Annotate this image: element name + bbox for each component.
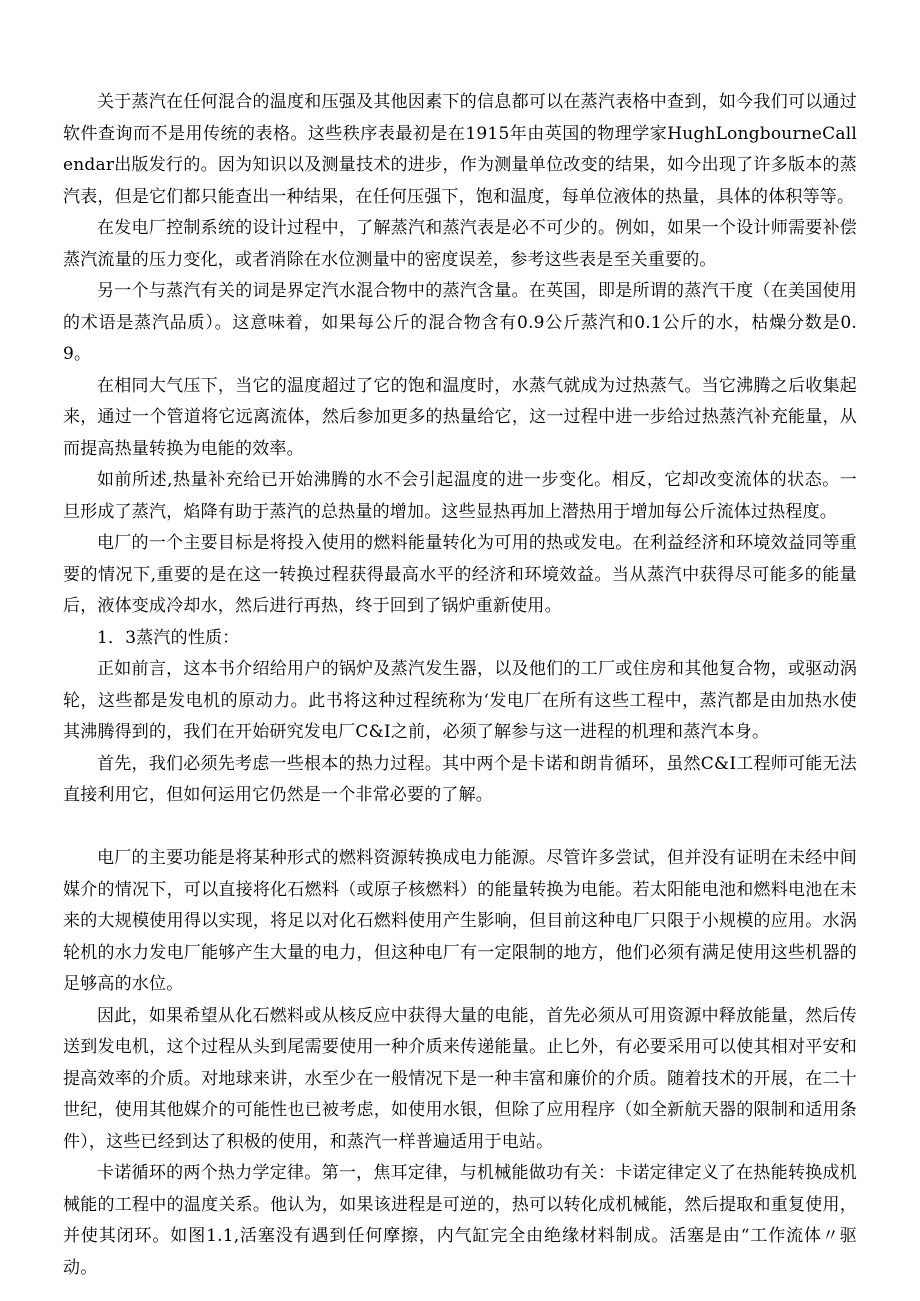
paragraph: 关于蒸汽在任何混合的温度和压强及其他因素下的信息都可以在蒸汽表格中查到，如今我们… (63, 87, 857, 213)
paragraph: 在发电厂控制系统的设计过程中，了解蒸汽和蒸汽表是必不可少的。例如，如果一个设计师… (63, 213, 857, 276)
document-page: 关于蒸汽在任何混合的温度和压强及其他因素下的信息都可以在蒸汽表格中查到，如今我们… (0, 0, 920, 1301)
paragraph: 如前所述,热量补充给已开始沸腾的水不会引起温度的进一步变化。相反，它却改变流体的… (63, 465, 857, 528)
paragraph: 电厂的主要功能是将某种形式的燃料资源转换成电力能源。尽管许多尝试，但并没有证明在… (63, 843, 857, 1001)
paragraph: 另一个与蒸汽有关的词是界定汽水混合物中的蒸汽含量。在英国，即是所谓的蒸汽干度（在… (63, 276, 857, 371)
paragraph: 电厂的一个主要目标是将投入使用的燃料能量转化为可用的热或发电。在利益经济和环境效… (63, 528, 857, 623)
paragraph: 首先，我们必须先考虑一些根本的热力过程。其中两个是卡诺和朗肯循环，虽然C&I工程… (63, 749, 857, 812)
paragraph: 在相同大气压下，当它的温度超过了它的饱和温度时，水蒸气就成为过热蒸气。当它沸腾之… (63, 371, 857, 466)
blank-line (63, 812, 857, 844)
paragraph: 卡诺循环的两个热力学定律。第一，焦耳定律，与机械能做功有关：卡诺定律定义了在热能… (63, 1158, 857, 1284)
paragraph: 正如前言，这本书介绍给用户的锅炉及蒸汽发生器，以及他们的工厂或住房和其他复合物，… (63, 654, 857, 749)
section-heading: 1．3蒸汽的性质： (63, 623, 857, 655)
paragraph: 因此，如果希望从化石燃料或从核反应中获得大量的电能，首先必须从可用资源中释放能量… (63, 1001, 857, 1159)
